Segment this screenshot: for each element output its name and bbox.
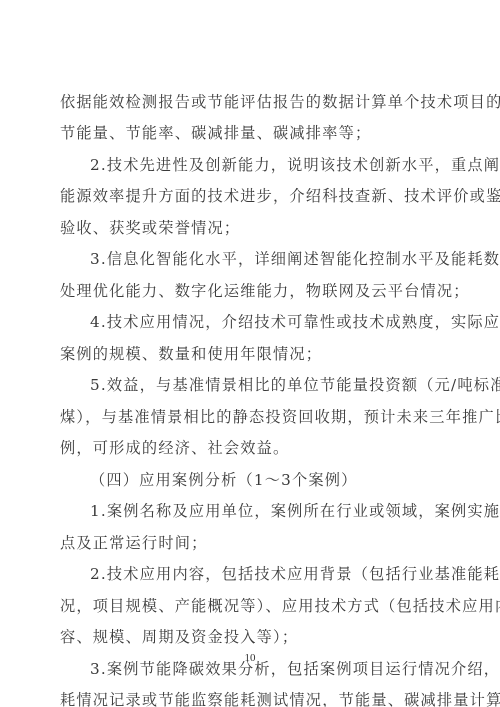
text-line: 况，项目规模、产能概况等）、应用技术方式（包括技术应用内 (60, 597, 440, 615)
text-line: 容、规模、周期及资金投入等）； (60, 628, 440, 646)
text-line: 例，可形成的经济、社会效益。 (60, 439, 440, 457)
text-line: 1.案例名称及应用单位，案例所在行业或领域，案例实施地 (90, 502, 440, 520)
text-line: 2.技术应用内容，包括技术应用背景（包括行业基准能耗情 (90, 565, 440, 583)
text-line: 案例的规模、数量和使用年限情况； (60, 345, 440, 363)
text-line: 能源效率提升方面的技术进步，介绍科技查新、技术评价或鉴定、 (60, 187, 440, 205)
text-line: 点及正常运行时间； (60, 534, 440, 552)
section-heading: （四）应用案例分析（1～3个案例） (90, 471, 440, 489)
text-line: 3.信息化智能化水平，详细阐述智能化控制水平及能耗数据 (90, 250, 440, 268)
document-page: 依据能效检测报告或节能评估报告的数据计算单个技术项目的 节能量、节能率、碳减排量… (0, 0, 500, 707)
text-line: 耗情况记录或节能监察能耗测试情况，节能量、碳减排量计算及 (60, 691, 440, 707)
text-line: 节能量、节能率、碳减排量、碳减排率等； (60, 124, 440, 142)
text-line: 4.技术应用情况，介绍技术可靠性或技术成熟度，实际应用 (90, 313, 440, 331)
text-line: 5.效益，与基准情景相比的单位节能量投资额（元/吨标准 (90, 376, 440, 394)
text-line: 处理优化能力、数字化运维能力，物联网及云平台情况； (60, 282, 440, 300)
text-line: 2.技术先进性及创新能力，说明该技术创新水平，重点阐述 (90, 156, 440, 174)
text-line: 依据能效检测报告或节能评估报告的数据计算单个技术项目的 (60, 93, 440, 111)
page-number: 10 (0, 652, 500, 664)
text-line: 煤），与基准情景相比的静态投资回收期，预计未来三年推广比 (60, 408, 440, 426)
text-line: 验收、获奖或荣誉情况； (60, 219, 440, 237)
